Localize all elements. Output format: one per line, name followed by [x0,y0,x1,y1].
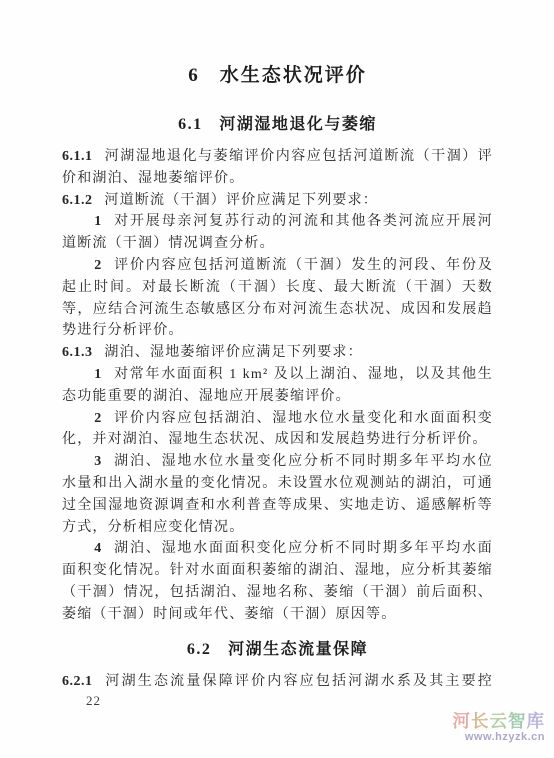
clause-text: 湖泊、湿地萎缩评价应满足下列要求： [104,345,362,360]
clause-paragraph: 6.1.1河湖湿地退化与萎缩评价内容应包括河道断流（干涸）评价和湖泊、湿地萎缩评… [62,146,493,190]
page-number: 22 [86,693,101,709]
section-title-text: 河湖生态流量保障 [228,641,368,658]
item-text: 湖泊、湿地水面面积变化应分析不同时期多年平均水面面积变化情况。针对水面面积萎缩的… [62,541,493,621]
page-content: 6水生态状况评价 6.1河湖湿地退化与萎缩 6.1.1河湖湿地退化与萎缩评价内容… [62,62,493,692]
item-paragraph: 2评价内容应包括湖泊、湿地水位水量变化和水面面积变化，并对湖泊、湿地生态状况、成… [62,408,493,452]
watermark-char: 云 [490,711,509,731]
clause-number: 6.1.1 [62,149,93,164]
watermark-char: 智 [508,711,527,731]
chapter-number: 6 [188,65,200,86]
item-number: 4 [94,541,102,556]
clause-paragraph: 6.1.3湖泊、湿地萎缩评价应满足下列要求： [62,342,493,364]
watermark-char: 长 [471,711,490,731]
item-number: 3 [94,454,102,469]
section-heading-6-2: 6.2河湖生态流量保障 [62,637,493,662]
watermark-url: www.hzyzk.cn [453,731,546,744]
clause-number: 6.1.2 [62,193,93,208]
clause-text: 河湖湿地退化与萎缩评价内容应包括河道断流（干涸）评价和湖泊、湿地萎缩评价。 [62,149,493,186]
item-number: 1 [94,214,102,229]
item-number: 2 [94,258,102,273]
document-page: 6水生态状况评价 6.1河湖湿地退化与萎缩 6.1.1河湖湿地退化与萎缩评价内容… [0,0,554,758]
section-body: 6.1.1河湖湿地退化与萎缩评价内容应包括河道断流（干涸）评价和湖泊、湿地萎缩评… [62,146,493,626]
item-text: 对开展母亲河复苏行动的河流和其他各类河流应开展河道断流（干涸）情况调查分析。 [62,214,493,251]
watermark-char: 河 [453,711,472,731]
item-number: 2 [94,411,102,426]
clause-text: 河道断流（干涸）评价应满足下列要求： [104,193,378,208]
item-paragraph: 1对常年水面面积 1 km² 及以上湖泊、湿地，以及其他生态功能重要的湖泊、湿地… [62,364,493,408]
watermark-char: 库 [527,711,546,731]
clause-number: 6.2.1 [62,674,93,689]
item-paragraph: 4湖泊、湿地水面面积变化应分析不同时期多年平均水面面积变化情况。针对水面面积萎缩… [62,538,493,625]
item-text: 评价内容应包括河道断流（干涸）发生的河段、年份及起止时间。对最长断流（干涸）长度… [62,258,493,338]
section-body: 6.2.1河湖生态流量保障评价内容应包括河湖水系及其主要控 [62,671,493,693]
clause-paragraph: 6.1.2河道断流（干涸）评价应满足下列要求： [62,190,493,212]
item-text: 湖泊、湿地水位水量变化应分析不同时期多年平均水位水量和出入湖水量的变化情况。未设… [62,454,493,534]
item-number: 1 [94,367,102,382]
section-number: 6.2 [187,641,212,658]
clause-number: 6.1.3 [62,345,93,360]
section-heading-6-1: 6.1河湖湿地退化与萎缩 [62,112,493,137]
clause-paragraph: 6.2.1河湖生态流量保障评价内容应包括河湖水系及其主要控 [62,671,493,693]
watermark-logo-text: 河长云智库 [453,711,546,731]
item-paragraph: 1对开展母亲河复苏行动的河流和其他各类河流应开展河道断流（干涸）情况调查分析。 [62,211,493,255]
section-title-text: 河湖湿地退化与萎缩 [219,116,377,133]
item-paragraph: 3湖泊、湿地水位水量变化应分析不同时期多年平均水位水量和出入湖水量的变化情况。未… [62,451,493,538]
item-text: 评价内容应包括湖泊、湿地水位水量变化和水面面积变化，并对湖泊、湿地生态状况、成因… [62,411,493,448]
item-text: 对常年水面面积 1 km² 及以上湖泊、湿地，以及其他生态功能重要的湖泊、湿地应… [62,367,493,404]
chapter-title: 6水生态状况评价 [62,62,493,90]
section-number: 6.1 [178,116,203,133]
watermark: 河长云智库 www.hzyzk.cn [453,711,546,744]
chapter-title-text: 水生态状况评价 [220,65,367,86]
item-paragraph: 2评价内容应包括河道断流（干涸）发生的河段、年份及起止时间。对最长断流（干涸）长… [62,255,493,342]
clause-text: 河湖生态流量保障评价内容应包括河湖水系及其主要控 [104,674,493,689]
